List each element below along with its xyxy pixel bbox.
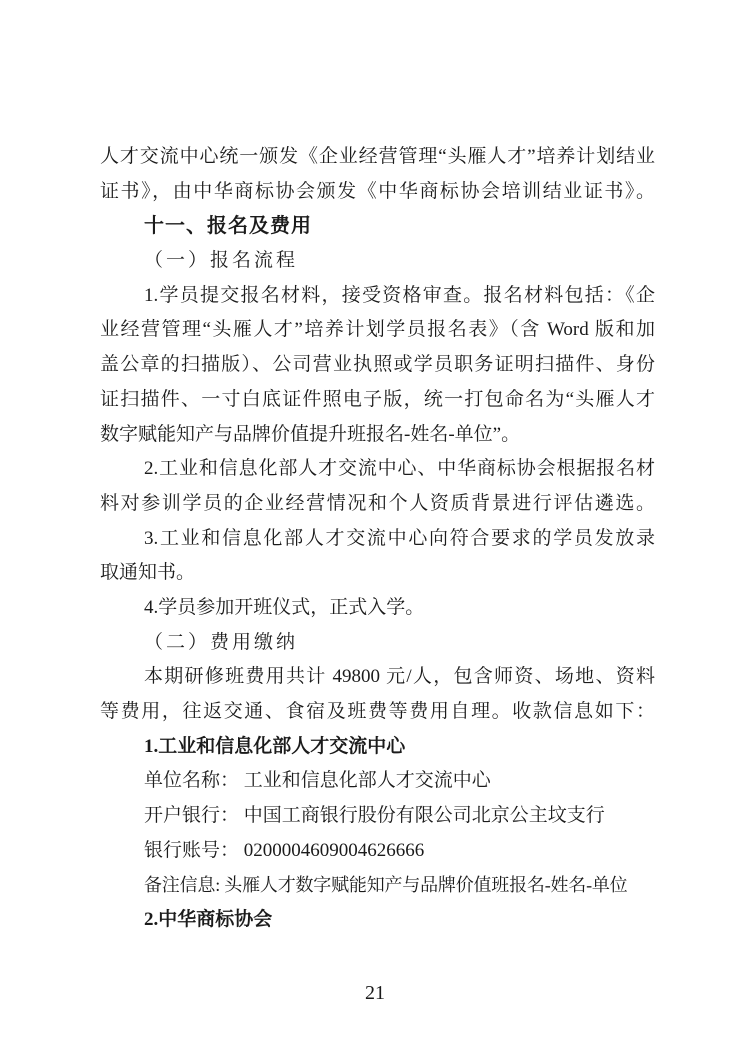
text-line: 单位名称： 工业和信息化部人才交流中心 xyxy=(100,764,655,799)
text-line: 等费用，往返交通、食宿及班费等费用自理。收款信息如下： xyxy=(100,695,655,730)
page: 人才交流中心统一颁发《企业经营管理“头雁人才”培养计划结业证书》，由中华商标协会… xyxy=(0,0,750,1060)
text-line: 本期研修班费用共计 49800 元/人，包含师资、场地、资料 xyxy=(100,660,655,695)
text-line: 证书》，由中华商标协会颁发《中华商标协会培训结业证书》。 xyxy=(100,175,655,210)
text-line: 料对参训学员的企业经营情况和个人资质背景进行评估遴选。 xyxy=(100,487,655,522)
text-line: 取通知书。 xyxy=(100,556,655,591)
text-line: 业经营管理“头雁人才”培养计划学员报名表》（含 Word 版和加 xyxy=(100,313,655,348)
text-line: 1.工业和信息化部人才交流中心 xyxy=(100,730,655,765)
text-line: （一）报名流程 xyxy=(100,244,655,279)
text-line: 数字赋能知产与品牌价值提升班报名-姓名-单位”。 xyxy=(100,418,655,453)
text-line: （二）费用缴纳 xyxy=(100,626,655,661)
text-line: 1.学员提交报名材料，接受资格审查。报名材料包括：《企 xyxy=(100,279,655,314)
text-line: 3.工业和信息化部人才交流中心向符合要求的学员发放录 xyxy=(100,522,655,557)
text-line: 证扫描件、一寸白底证件照电子版，统一打包命名为“头雁人才 xyxy=(100,383,655,418)
page-number: 21 xyxy=(0,982,750,1005)
text-line: 2.中华商标协会 xyxy=(100,903,655,938)
text-line: 盖公章的扫描版）、公司营业执照或学员职务证明扫描件、身份 xyxy=(100,348,655,383)
text-line: 开户银行： 中国工商银行股份有限公司北京公主坟支行 xyxy=(100,799,655,834)
text-line: 4.学员参加开班仪式，正式入学。 xyxy=(100,591,655,626)
text-line: 人才交流中心统一颁发《企业经营管理“头雁人才”培养计划结业 xyxy=(100,140,655,175)
document-body: 人才交流中心统一颁发《企业经营管理“头雁人才”培养计划结业证书》，由中华商标协会… xyxy=(100,140,655,938)
text-line: 十一、报名及费用 xyxy=(100,209,655,244)
text-line: 2.工业和信息化部人才交流中心、中华商标协会根据报名材 xyxy=(100,452,655,487)
text-line: 备注信息: 头雁人才数字赋能知产与品牌价值班报名-姓名-单位 xyxy=(100,868,655,903)
text-line: 银行账号： 0200004609004626666 xyxy=(100,834,655,869)
